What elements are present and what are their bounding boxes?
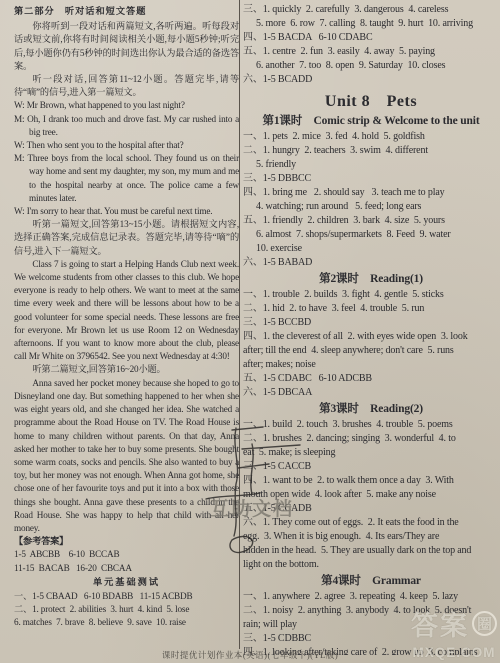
answer-line: 四、1. the cleverest of all 2. with eyes w… xyxy=(243,330,499,344)
paragraph: 听第二篇短文,回答第16~20小题。 xyxy=(14,363,239,376)
lesson-title: 第2课时 Reading(1) xyxy=(243,272,499,287)
dialogue-line: W: Then who sent you to the hospital aft… xyxy=(14,139,239,152)
answer-line: 6. matches 7. brave 8. believe 9. save 1… xyxy=(14,616,239,629)
answer-line: 一、1-5 CBAAD 6-10 BDABB 11-15 ACBDB xyxy=(14,590,239,603)
answer-line: 六、1-5 BABAD xyxy=(243,256,499,270)
answer-line: 四、1-5 BACDA 6-10 CDABC xyxy=(243,31,499,45)
answer-line: 一、1. pets 2. mice 3. fed 4. hold 5. gold… xyxy=(243,130,499,144)
answer-line: 五、1-5 CDABC 6-10 ADCBB xyxy=(243,372,499,386)
answer-line: 三、1. quickly 2. carefully 3. dangerous 4… xyxy=(243,3,499,17)
answer-line: 二、1. protect 2. abilities 3. hurt 4. kin… xyxy=(14,603,239,616)
paragraph: 你将听到一段对话和两篇短文,各听两遍。听每段对话或短文前,你将有时间阅读相关小题… xyxy=(14,20,239,73)
book-footer-title: 课时提优计划作业本(英语)(七年级下)(YL版) xyxy=(100,649,400,661)
paragraph: 听一段对话,回答第11~12小题。答题完毕,请等待“嘀”的信号,进入第一篇短文。 xyxy=(14,73,239,99)
section-heading: 第二部分 听对话和短文答题 xyxy=(14,5,239,18)
answer-line: 二、1. hungry 2. teachers 3. swim 4. diffe… xyxy=(243,144,499,158)
answer-line-continued: 5. friendly xyxy=(243,158,499,172)
answer-line: 六、1-5 BCADD xyxy=(243,73,499,87)
brand-circle-seal: 圈 xyxy=(472,611,497,636)
answer-line: 四、1. bring me 2. should say 3. teach me … xyxy=(243,186,499,200)
brand-row: 答案 圈 xyxy=(411,604,497,643)
answer-line-continued: 6. another 7. too 8. open 9. Saturday 10… xyxy=(243,59,499,73)
dialogue-line: M: Three boys from the local school. The… xyxy=(14,152,239,205)
answer-site-watermark: 答案 圈 MXQE.COM xyxy=(411,604,497,660)
answer-line: 一、1. trouble 2. builds 3. fight 4. gentl… xyxy=(243,288,499,302)
answer-line: 五、1. centre 2. fun 3. easily 4. away 5. … xyxy=(243,45,499,59)
scanned-answer-page: 第二部分 听对话和短文答题你将听到一段对话和两篇短文,各听两遍。听每段对话或短文… xyxy=(0,0,500,663)
lesson-title: 第1课时 Comic strip & Welcome to the unit xyxy=(243,114,499,129)
test-section-title: 单元基础测试 xyxy=(14,576,239,589)
answer-line-continued: 4. watching; run around 5. feed; long ea… xyxy=(243,200,499,214)
brand-site-url: MXQE.COM xyxy=(411,645,497,660)
answer-line: 六、1-5 DBCAA xyxy=(243,386,499,400)
lesson-title: 第3课时 Reading(2) xyxy=(243,402,499,417)
paragraph: Class 7 is going to start a Helping Hand… xyxy=(14,258,239,364)
answer-line: 一、1. anywhere 2. agree 3. repeating 4. k… xyxy=(243,590,499,604)
dialogue-line: W: Mr Brown, what happened to you last n… xyxy=(14,99,239,112)
answer-line-wrapped: after; makes; noise xyxy=(243,358,499,372)
lesson-title: 第4课时 Grammar xyxy=(243,574,499,589)
answer-line-continued: 6. almost 7. shops/supermarkets 8. Feed … xyxy=(243,228,499,242)
dialogue-line: W: I'm sorry to hear that. You must be c… xyxy=(14,205,239,218)
answer-line: 五、1. friendly 2. children 3. bark 4. siz… xyxy=(243,214,499,228)
answer-line-continued: 5. more 6. row 7. calling 8. taught 9. h… xyxy=(243,17,499,31)
answer-line: 三、1-5 DBBCC xyxy=(243,172,499,186)
answer-line: 二、1. hid 2. to have 3. feel 4. trouble 5… xyxy=(243,302,499,316)
answer-line-continued: 10. exercise xyxy=(243,242,499,256)
paragraph: 听第一篇短文,回答第13~15小题。请根据短文内容,选择正确答案,完成信息记录表… xyxy=(14,218,239,258)
pen-scribble xyxy=(202,418,302,568)
unit-title: Unit 8 Pets xyxy=(243,92,499,111)
dialogue-line: M: Oh, I drank too much and drove fast. … xyxy=(14,113,239,139)
brand-characters: 答案 xyxy=(411,604,469,643)
answer-line-wrapped: after; till the end 4. sleep anywhere; d… xyxy=(243,344,499,358)
answer-line: 三、1-5 BCCBD xyxy=(243,316,499,330)
